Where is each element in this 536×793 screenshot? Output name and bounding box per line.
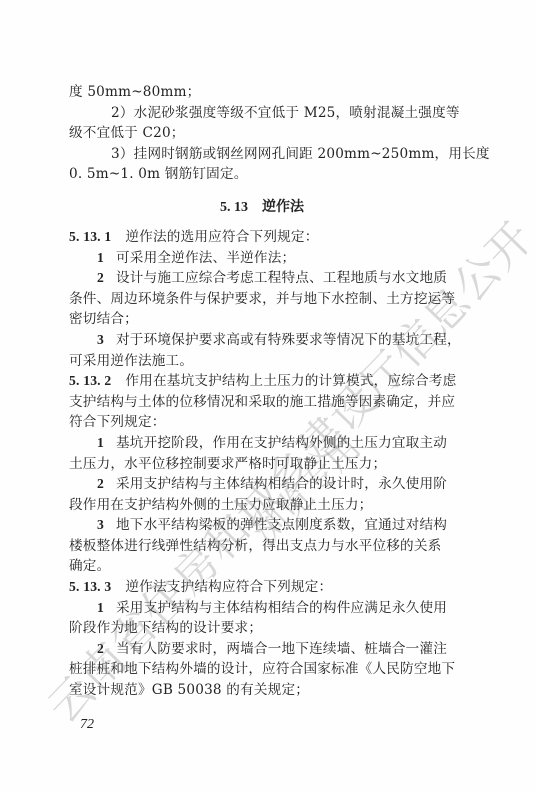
clause-number: 5. 13. 1: [69, 229, 111, 244]
item-text: 对于环境保护要求高或有特殊要求等情况下的基坑工程，: [116, 332, 461, 348]
list-item: 1采用支护结构与主体结构相结合的构件应满足永久使用: [69, 598, 455, 619]
page-number: 72: [80, 717, 94, 733]
sub-item-text: 挂网时钢筋或钢丝网网孔间距 200mm~250mm，用长度: [134, 146, 490, 162]
document-page: 度 50mm~80mm； 2）水泥砂浆强度等级不宜低于 M25，喷射混凝土强度等…: [69, 82, 455, 701]
clause-lead: 5. 13. 3逆作法支护结构应符合下列规定：: [69, 577, 455, 598]
body-line: 桩排桩和地下结构外墙的设计，应符合国家标准《人民防空地下: [69, 659, 455, 680]
body-line: 度 50mm~80mm；: [69, 82, 455, 103]
list-item: 3地下水平结构梁板的弹性支点刚度系数，宜通过对结构: [69, 515, 455, 536]
clause-number: 5. 13. 2: [69, 373, 111, 388]
item-text: 基坑开挖阶段，作用在支护结构外侧的土压力宜取主动: [116, 435, 447, 451]
section-number: 5. 13: [220, 200, 248, 215]
item-text: 采用支护结构与主体结构相结合的构件应满足永久使用: [116, 600, 447, 616]
item-number: 2: [97, 270, 104, 285]
body-line: 段作用在支护结构外侧的土压力应取静止土压力；: [69, 495, 455, 516]
list-item: 1基坑开挖阶段，作用在支护结构外侧的土压力宜取主动: [69, 433, 455, 454]
list-item: 1可采用全逆作法、半逆作法；: [69, 248, 455, 269]
item-number: 2: [97, 641, 104, 656]
sub-item-text: 水泥砂浆强度等级不宜低于 M25，喷射混凝土强度等: [134, 105, 460, 121]
item-text: 采用支护结构与主体结构相结合的设计时，永久使用阶: [116, 476, 447, 492]
body-line: 确定。: [69, 556, 455, 577]
item-number: 3: [97, 332, 104, 347]
body-line: 楼板整体进行线弹性结构分析，得出支点力与水平位移的关系: [69, 536, 455, 557]
body-line: 密切结合；: [69, 309, 455, 330]
sub-item-number: 3）: [111, 146, 134, 162]
item-number: 3: [97, 517, 104, 532]
body-line: 0. 5m~1. 0m 钢筋钉固定。: [69, 164, 455, 185]
item-number: 2: [97, 476, 104, 491]
body-line: 支护结构与土体的位移情况和采取的施工措施等因素确定，并应: [69, 392, 455, 413]
clause-lead: 5. 13. 1逆作法的选用应符合下列规定：: [69, 227, 455, 248]
item-number: 1: [97, 600, 104, 615]
clause-text: 作用在基坑支护结构上土压力的计算模式，应综合考虑: [125, 373, 456, 389]
section-heading: 逆作法: [262, 199, 304, 215]
body-line: 级不宜低于 C20；: [69, 123, 455, 144]
clause-number: 5. 13. 3: [69, 579, 111, 594]
item-text: 当有人防要求时，两墙合一地下连续墙、桩墙合一灌注: [116, 641, 447, 657]
list-item: 3对于环境保护要求高或有特殊要求等情况下的基坑工程，: [69, 330, 455, 351]
item-number: 1: [97, 435, 104, 450]
list-item: 2设计与施工应综合考虑工程特点、工程地质与水文地质: [69, 268, 455, 289]
body-line: 室设计规范》GB 50038 的有关规定；: [69, 680, 455, 701]
item-text: 地下水平结构梁板的弹性支点刚度系数，宜通过对结构: [116, 517, 447, 533]
section-title: 5. 13逆作法: [69, 191, 455, 227]
body-line: 阶段作为地下结构的设计要求；: [69, 618, 455, 639]
body-line: 符合下列规定：: [69, 412, 455, 433]
clause-lead: 5. 13. 2作用在基坑支护结构上土压力的计算模式，应综合考虑: [69, 371, 455, 392]
item-text: 可采用全逆作法、半逆作法；: [116, 250, 295, 266]
item-number: 1: [97, 250, 104, 265]
list-item: 2当有人防要求时，两墙合一地下连续墙、桩墙合一灌注: [69, 639, 455, 660]
clause-text: 逆作法的选用应符合下列规定：: [125, 229, 318, 245]
body-line: 条件、周边环境条件与保护要求，并与地下水控制、土方挖运等: [69, 289, 455, 310]
clause-text: 逆作法支护结构应符合下列规定：: [125, 579, 332, 595]
body-line: 可采用逆作法施工。: [69, 351, 455, 372]
sub-item-number: 2）: [111, 105, 134, 121]
body-line: 3）挂网时钢筋或钢丝网网孔间距 200mm~250mm，用长度: [69, 144, 455, 165]
list-item: 2采用支护结构与主体结构相结合的设计时，永久使用阶: [69, 474, 455, 495]
body-line: 2）水泥砂浆强度等级不宜低于 M25，喷射混凝土强度等: [69, 103, 455, 124]
body-line: 土压力，水平位移控制要求严格时可取静止土压力；: [69, 454, 455, 475]
item-text: 设计与施工应综合考虑工程特点、工程地质与水文地质: [116, 270, 447, 286]
